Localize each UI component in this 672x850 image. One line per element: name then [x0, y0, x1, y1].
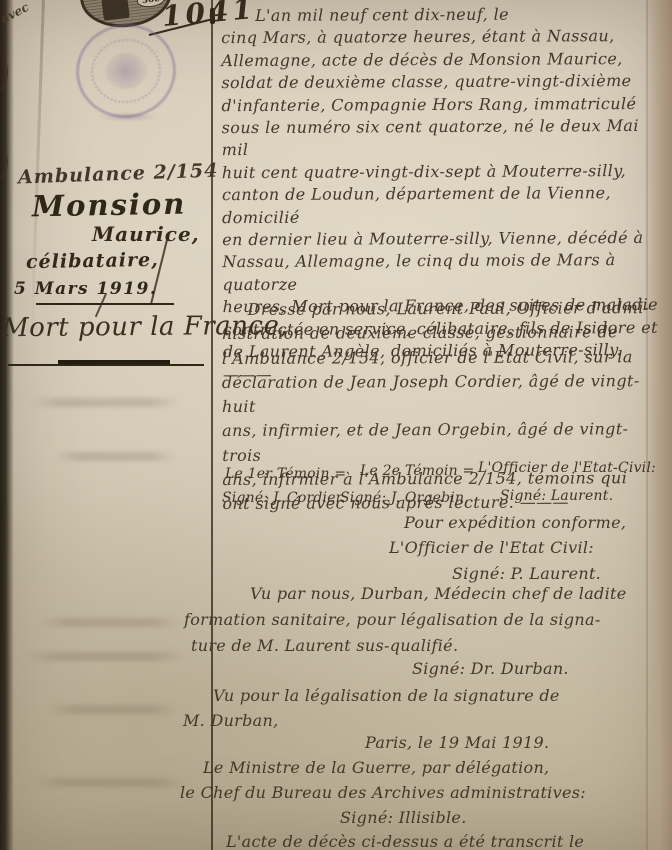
- photo-vignette: [0, 0, 672, 850]
- register-page-photo: avec 50c 1041 Ambulance 2/154 Monsion Ma…: [0, 0, 672, 850]
